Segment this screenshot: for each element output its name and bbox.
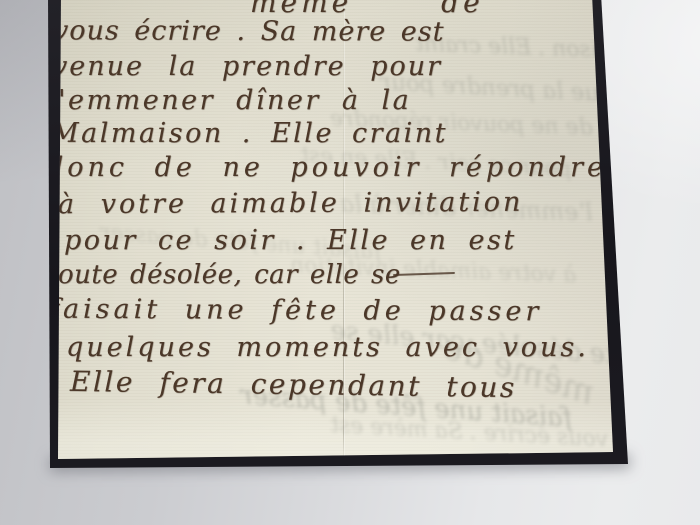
handwriting-line-10: faisait une fête de passer bbox=[49, 294, 542, 328]
handwriting-line-9: toute désolée, car elle se bbox=[47, 260, 401, 290]
letter-page: Malmaison . Elle craint venue la prendre… bbox=[0, 0, 700, 525]
handwriting-line-4: l'emmener dîner à la bbox=[47, 85, 411, 116]
handwriting-line-5: Malmaison . Elle craint bbox=[51, 118, 448, 149]
handwriting-line-2: vous écrire . Sa mère est bbox=[53, 15, 445, 47]
photo-of-handwritten-letter: Malmaison . Elle craint venue la prendre… bbox=[0, 0, 700, 525]
handwriting-line-6: donc de ne pouvoir répondre bbox=[46, 152, 607, 183]
handwriting-line-3: venue la prendre pour bbox=[52, 51, 442, 82]
handwriting-line-12: Elle fera cependant tous bbox=[70, 365, 517, 404]
handwriting-line-11: quelques moments avec vous. bbox=[66, 332, 589, 363]
handwriting-line-8: pour ce soir . Elle en est bbox=[64, 225, 517, 256]
handwriting-line-7: à votre aimable invitation bbox=[58, 187, 524, 220]
